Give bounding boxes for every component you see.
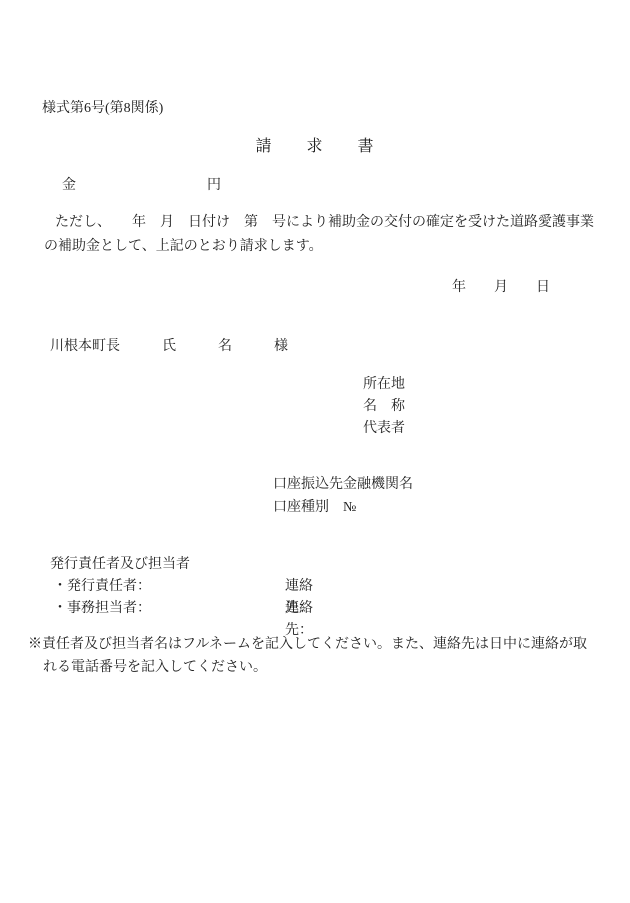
- document-title: 請 求 書: [0, 133, 630, 156]
- note-line2: れる電話番号を記入してください。: [28, 656, 612, 679]
- sender-name-label: 名 称: [363, 396, 405, 418]
- amount-line: 金円: [62, 174, 221, 194]
- note-line1: ※責任者及び担当者名はフルネームを記入してください。また、連絡先は日中に連絡が取: [28, 633, 612, 656]
- bank-name-label: 口座振込先金融機関名: [273, 473, 413, 496]
- amount-prefix-label: 金: [62, 178, 76, 193]
- sender-representative-label: 代表者: [363, 418, 405, 440]
- amount-unit-label: 円: [207, 178, 221, 193]
- issuer-clerk-label: ・事務担当者：: [53, 601, 151, 616]
- account-type-label: 口座種別 №: [273, 496, 413, 519]
- addressee-line: 川根本町長 氏 名 様: [50, 335, 288, 355]
- issuer-heading: 発行責任者及び担当者: [50, 554, 190, 576]
- issuer-row-clerk: ・事務担当者： 連絡先：: [53, 598, 190, 620]
- date-line: 年 月 日: [452, 276, 550, 296]
- request-statement-line1: ただし、 年 月 日付け 第 号により補助金の交付の確定を受けた道路愛護事業: [44, 211, 610, 235]
- bank-block: 口座振込先金融機関名 口座種別 №: [273, 473, 413, 519]
- sender-address-label: 所在地: [363, 374, 405, 396]
- form-number: 様式第6号(第8関係): [42, 97, 163, 117]
- request-statement-line2: の補助金として、上記のとおり請求します。: [44, 235, 610, 259]
- sender-block: 所在地 名 称 代表者: [363, 374, 405, 440]
- issuer-row-responsible: ・発行責任者： 連絡先：: [53, 576, 190, 598]
- issuer-block: 発行責任者及び担当者 ・発行責任者： 連絡先： ・事務担当者： 連絡先：: [50, 554, 190, 620]
- note-block: ※責任者及び担当者名はフルネームを記入してください。また、連絡先は日中に連絡が取…: [28, 633, 612, 679]
- document-page: 様式第6号(第8関係) 請 求 書 金円 ただし、 年 月 日付け 第 号により…: [0, 0, 630, 903]
- amount-blank-field: [76, 188, 207, 189]
- issuer-responsible-label: ・発行責任者：: [53, 579, 151, 594]
- request-statement: ただし、 年 月 日付け 第 号により補助金の交付の確定を受けた道路愛護事業 の…: [44, 211, 610, 259]
